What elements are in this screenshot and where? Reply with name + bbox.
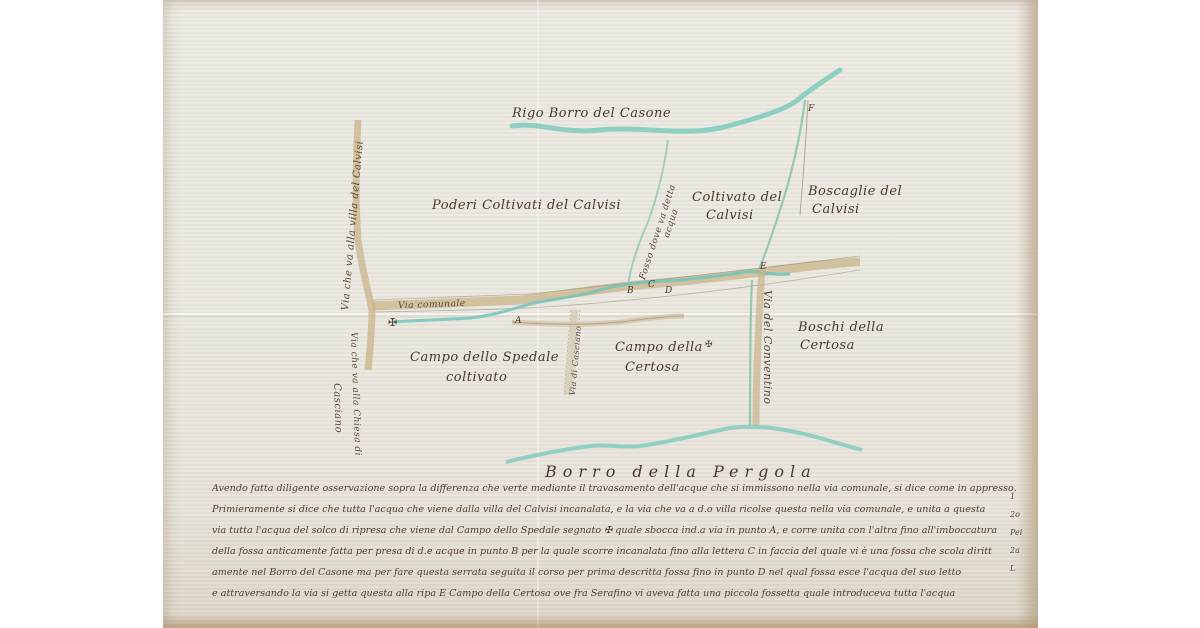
margin-note: 2a bbox=[1010, 542, 1022, 560]
margin-note: 2o bbox=[1010, 506, 1022, 524]
point-c: C bbox=[648, 280, 655, 290]
label-campo-spedale: Campo dello Spedale bbox=[410, 350, 559, 365]
label-boscaglie: Boscaglie del bbox=[808, 184, 902, 199]
cross-marker-2: ✠ bbox=[705, 340, 713, 350]
label-coltivato-2: Calvisi bbox=[706, 208, 754, 223]
margin-note: Pei bbox=[1010, 524, 1022, 542]
label-campo-spedale-2: coltivato bbox=[446, 370, 507, 385]
note-line: e attraversando la via si getta questa a… bbox=[212, 583, 1022, 604]
label-casciano: Casciano bbox=[331, 383, 344, 433]
label-boscaglie-2: Calvisi bbox=[812, 202, 860, 217]
point-a: A bbox=[515, 316, 522, 326]
label-coltivato: Coltivato del bbox=[692, 190, 782, 205]
note-line: amente nel Borro del Casone ma per fare … bbox=[212, 562, 1022, 583]
margin-note: L bbox=[1010, 560, 1022, 578]
point-e: E bbox=[760, 262, 767, 272]
label-boschi-certosa-2: Certosa bbox=[800, 338, 855, 353]
margin-notes: 1 2o Pei 2a L bbox=[1010, 488, 1022, 578]
label-campo-certosa-2: Certosa bbox=[625, 360, 680, 375]
note-line: via tutta l'acqua del solco di ripresa c… bbox=[212, 520, 1022, 541]
stream-borro-della-pergola bbox=[506, 427, 862, 462]
margin-note: 1 bbox=[1010, 488, 1022, 506]
note-line: Avendo fatta diligente osservazione sopr… bbox=[212, 478, 1022, 499]
label-poderi-coltivati: Poderi Coltivati del Calvisi bbox=[432, 198, 621, 213]
boundary-line-right bbox=[758, 100, 805, 272]
label-rigo-borro: Rigo Borro del Casone bbox=[512, 106, 671, 121]
label-campo-certosa: Campo della bbox=[615, 340, 703, 355]
stream-rigo-borro-del-casone bbox=[512, 70, 840, 131]
point-b: B bbox=[627, 286, 634, 296]
cross-marker: ✠ bbox=[388, 316, 397, 329]
note-line: della fossa anticamente fatta per presa … bbox=[212, 541, 1022, 562]
manuscript-note: Avendo fatta diligente osservazione sopr… bbox=[212, 478, 1022, 604]
point-f: F bbox=[808, 104, 814, 114]
label-boschi-certosa: Boschi della bbox=[798, 320, 884, 335]
note-line: Primieramente si dice che tutta l'acqua … bbox=[212, 499, 1022, 520]
label-via-conventino: Via del Conventino bbox=[761, 290, 774, 404]
point-d: D bbox=[665, 286, 672, 296]
